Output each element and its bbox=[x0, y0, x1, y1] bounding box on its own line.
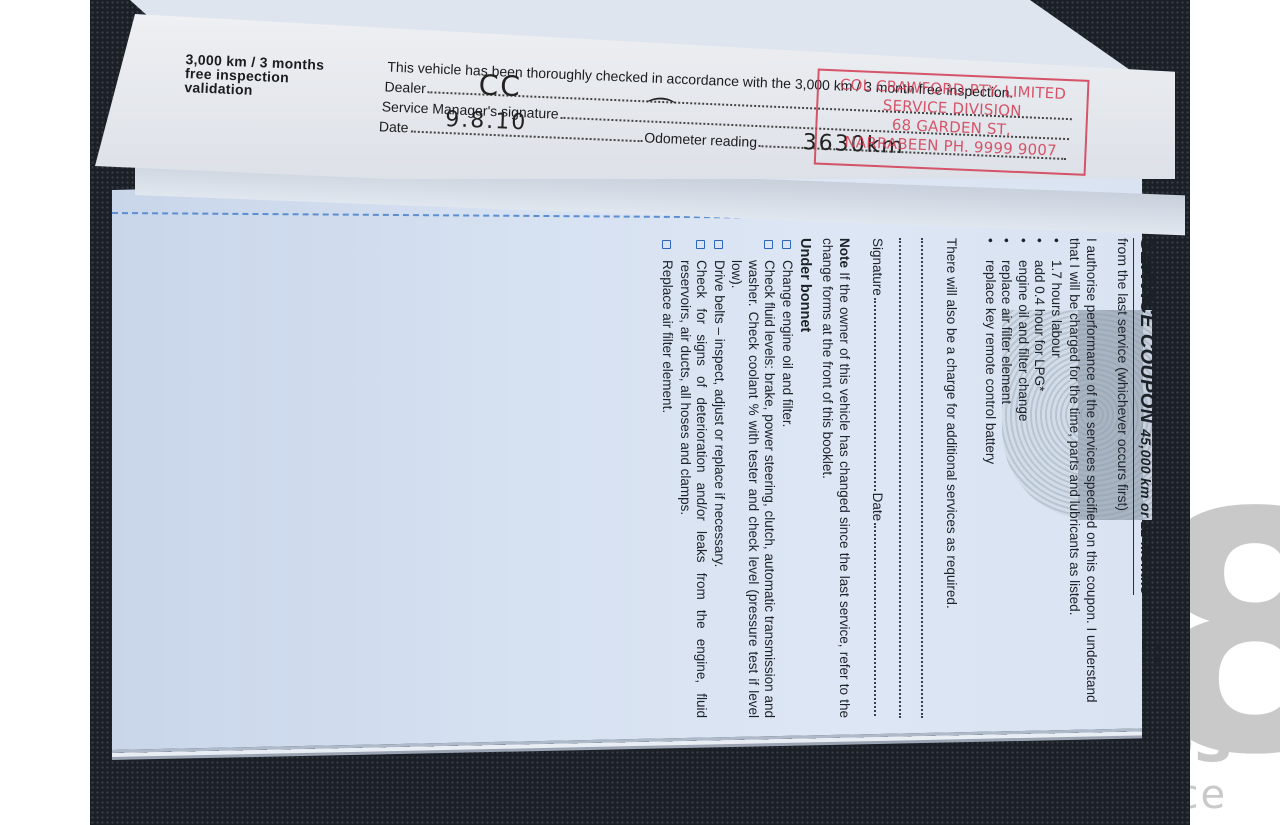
under-bonnet-checklist: Change engine oil and filter. Check flui… bbox=[659, 238, 795, 718]
date-label: Date bbox=[870, 493, 885, 522]
coupon-subtitle: from the last service (whichever occurs … bbox=[1115, 238, 1131, 718]
coupon-interval: 45,000 km or 12 months bbox=[1138, 429, 1154, 594]
included-services-list: 1.7 hours labour add 0.4 hour for LPG* e… bbox=[982, 238, 1065, 718]
page-number: 29 bbox=[1135, 640, 1163, 667]
checklist-item[interactable]: Check for signs of deterioration and/or … bbox=[677, 238, 710, 718]
odometer-label: Odometer reading bbox=[644, 129, 757, 150]
list-item: replace air filter element bbox=[998, 238, 1015, 718]
service-manager-signature: ⌒ bbox=[645, 87, 679, 132]
signature-field[interactable] bbox=[874, 298, 885, 491]
note-text: If the owner of this vehicle has changed… bbox=[821, 238, 853, 718]
date-label: Date bbox=[379, 118, 409, 135]
validation-title: 3,000 km / 3 months free inspection vali… bbox=[184, 52, 324, 100]
list-item: add 0.4 hour for LPG* bbox=[1031, 238, 1048, 718]
service-coupon: SERVICE COUPON 45,000 km or 12 months fr… bbox=[658, 238, 1158, 718]
coupon-title-text: SERVICE COUPON bbox=[1136, 238, 1158, 423]
ownership-note: Note If the owner of this vehicle has ch… bbox=[819, 238, 852, 718]
dealer-label: Dealer bbox=[384, 78, 426, 96]
date-field[interactable] bbox=[874, 523, 885, 716]
checklist-item[interactable]: Drive belts – inspect, adjust or replace… bbox=[711, 238, 728, 718]
additional-services-field[interactable] bbox=[921, 238, 939, 718]
signature-label: Signature bbox=[870, 238, 885, 296]
authorisation-text: I authorise performance of the services … bbox=[1066, 238, 1099, 718]
list-item: 1.7 hours labour bbox=[1048, 238, 1065, 718]
checklist-item[interactable]: Change engine oil and filter. bbox=[779, 238, 796, 718]
checklist-item[interactable]: Replace air filter element. bbox=[659, 238, 676, 718]
note-label: Note bbox=[837, 238, 852, 268]
dealer-stamp: COL CRAWFORD PTY. LIMITED SERVICE DIVISI… bbox=[814, 69, 1090, 176]
signature-row: Signature Date bbox=[870, 238, 885, 718]
section-heading: Under bonnet bbox=[797, 238, 813, 718]
booklet-photo: SERVICE COUPON 45,000 km or 12 months fr… bbox=[90, 0, 1190, 825]
date-handwritten: 9.8.10 bbox=[445, 107, 528, 135]
coupon-title: SERVICE COUPON 45,000 km or 12 months bbox=[1133, 238, 1158, 595]
checklist-item[interactable]: Check fluid levels: brake, power steerin… bbox=[728, 238, 778, 718]
list-item: replace key remote control battery bbox=[982, 238, 999, 718]
list-item: engine oil and filter change bbox=[1015, 238, 1032, 718]
dealer-signature: CC bbox=[478, 68, 522, 103]
additional-services-field[interactable] bbox=[899, 238, 917, 718]
additional-charge-text: There will also be a charge for addition… bbox=[943, 238, 960, 718]
